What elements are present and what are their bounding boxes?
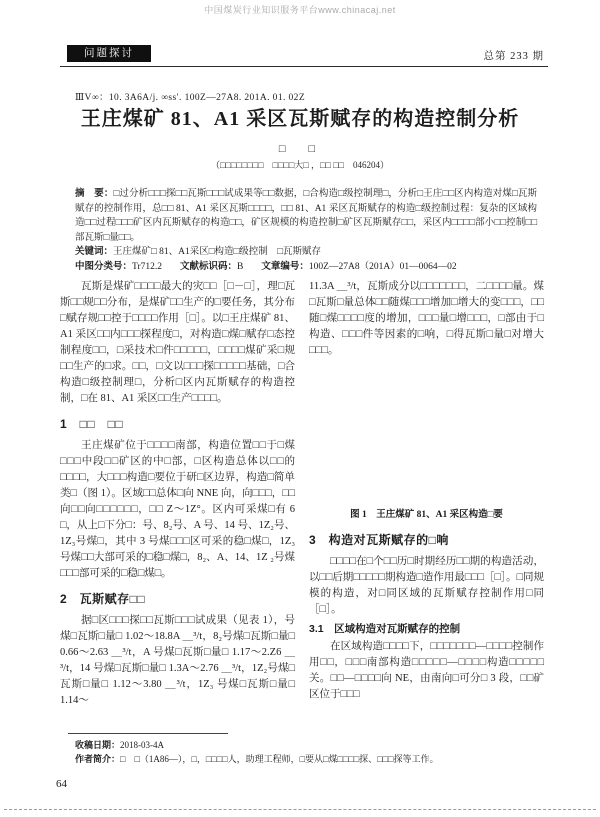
two-column-body: 瓦斯是煤矿□□□□最大的灾□□［□－□］，理□瓦斯□□规□□分布，是煤矿□□生产… — [60, 279, 544, 709]
received-date-value: 2018-03-4A — [120, 740, 164, 750]
section-2-paragraph-continued: 11.3A ＿³/t，瓦斯成分以□□□□□□□，二□□□□量。煤□瓦斯□量总体□… — [309, 279, 544, 359]
doi-line: ⅢV∞：10. 3A6A/j. ∞ss′. 100Z—27A8. 201A. 0… — [75, 89, 305, 103]
article-title: 王庄煤矿 81、A1 采区瓦斯赋存的构造控制分析 — [0, 102, 600, 131]
front-matter: 摘 要：□过分析□□□探□□瓦斯□□□试成果等□□数据，□合构造□级控制理□，分… — [75, 187, 537, 275]
section-3-heading: 3 构造对瓦斯赋存的□响 — [309, 532, 544, 548]
author-bio-label: 作者简介： — [75, 754, 120, 764]
right-column: 11.3A ＿³/t，瓦斯成分以□□□□□□□，二□□□□量。煤□瓦斯□量总体□… — [309, 279, 544, 709]
header-rule — [60, 66, 548, 67]
footnote-block: 收稿日期：2018-03-4A 作者简介：□ □（1A86—），□，□□□□人，… — [60, 733, 544, 766]
abstract-label: 摘 要： — [75, 189, 114, 199]
page-header: 问题探讨 总第 233 期 — [60, 45, 544, 67]
paper-page: 中国煤炭行业知识服务平台www.chinacaj.net 问题探讨 总第 233… — [0, 0, 600, 817]
abstract-paragraph: 摘 要：□过分析□□□探□□瓦斯□□□试成果等□□数据，□合构造□级控制理□，分… — [75, 187, 537, 245]
bottom-scan-edge — [4, 809, 596, 810]
issue-number: 总第 233 期 — [484, 48, 545, 63]
received-date-line: 收稿日期：2018-03-4A — [60, 738, 544, 752]
author-bio-line: 作者简介：□ □（1A86—），□，□□□□人，助理工程师，□要从□煤□□□□探… — [60, 752, 544, 766]
author-name: □ □ — [0, 140, 600, 156]
left-column: 瓦斯是煤矿□□□□最大的灾□□［□－□］，理□瓦斯□□规□□分布，是煤矿□□生产… — [60, 279, 295, 709]
section-3-1-heading: 3.1 区域构造对瓦斯赋存的控制 — [309, 621, 544, 637]
doc-code-value: B — [237, 262, 243, 272]
author-bio-text: □ □（1A86—），□，□□□□人，助理工程师，□要从□煤□□□□探、□□□探… — [120, 754, 438, 764]
keywords-label: 关键词： — [75, 247, 113, 257]
column-badge: 问题探讨 — [67, 45, 151, 62]
doc-code-label: 文献标识码： — [180, 262, 237, 272]
section-1-heading: 1 □□ □□ — [60, 416, 295, 432]
footnote-rule — [68, 733, 228, 734]
clc-value: Tr712.2 — [132, 262, 162, 272]
keywords-line: 关键词：王庄煤矿□ 81、A1采区□构造□级控制 □瓦斯赋存 — [75, 245, 537, 260]
author-affiliation: （□□□□□□□□ □□□□大□ ，□□ □□ 046204） — [0, 158, 600, 171]
article-id-label: 文章编号： — [261, 262, 309, 272]
section-1-paragraph: 王庄煤矿位于□□□□南部，构造位置□□于□煤□□□中段□□矿区的中□部，□区构造… — [60, 438, 295, 582]
section-2-paragraph: 据□区□□□探□□瓦斯□□□试成果（见表 1），号煤□瓦斯□量□ 1.02～18… — [60, 613, 295, 709]
clc-label: 中图分类号： — [75, 262, 132, 272]
classification-line: 中图分类号：Tr712.2文献标识码：B文章编号：100Z—27A8（201A）… — [75, 260, 537, 275]
received-date-label: 收稿日期： — [75, 740, 120, 750]
section-3-paragraph: □□□□在□个□□历□时期经历□□期的构造活动，以□□后期□□□□□期构造□造作… — [309, 554, 544, 618]
figure-1-caption: 图 1 王庄煤矿 81、A1 采区构造□要 — [309, 507, 544, 523]
section-2-heading: 2 瓦斯赋存□□ — [60, 591, 295, 607]
site-watermark: 中国煤炭行业知识服务平台www.chinacaj.net — [0, 3, 600, 16]
intro-paragraph: 瓦斯是煤矿□□□□最大的灾□□［□－□］，理□瓦斯□□规□□分布，是煤矿□□生产… — [60, 279, 295, 407]
keywords-text: 王庄煤矿□ 81、A1采区□构造□级控制 □瓦斯赋存 — [113, 247, 321, 257]
abstract-text: □过分析□□□探□□瓦斯□□□试成果等□□数据，□合构造□级控制理□，分析□王庄… — [75, 189, 537, 243]
page-number: 64 — [56, 778, 67, 790]
figure-1-blank-area — [309, 359, 544, 507]
section-3-1-paragraph: 在区域构造□□□□下，□□□□□□□—□□□□控制作用□□，□□□南部构造□□□… — [309, 639, 544, 703]
article-id-value: 100Z—27A8（201A）01—0064—02 — [309, 262, 457, 272]
